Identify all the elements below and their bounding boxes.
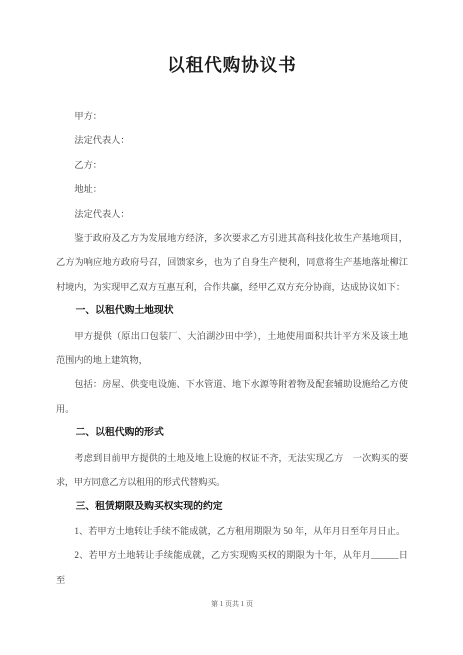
party-label-jiafang: 甲方： bbox=[56, 104, 408, 128]
document-title: 以租代购协议书 bbox=[56, 0, 408, 78]
section-2-heading: 二、以租代购的形式 bbox=[56, 421, 408, 445]
party-label-legal-rep-2: 法定代表人： bbox=[56, 202, 408, 226]
party-block: 甲方： 法定代表人： 乙方： 地址： 法定代表人： bbox=[56, 104, 408, 226]
section-3-heading: 三、租赁期限及购买权实现的约定 bbox=[56, 495, 408, 519]
party-label-yifang: 乙方： bbox=[56, 153, 408, 177]
section-1-heading: 一、以租代购土地现状 bbox=[56, 299, 408, 323]
page-number: 第 1 页共 1 页 bbox=[56, 592, 408, 616]
section-1-paragraph-2: 包括：房屋、供变电设施、下水管道、地下水源等附着物及配套辅助设施给乙方使用。 bbox=[56, 372, 408, 421]
document-page: 以租代购协议书 甲方： 法定代表人： 乙方： 地址： 法定代表人： 鉴于政府及乙… bbox=[0, 0, 463, 655]
section-3-clause-2: 2、若甲方土地转让手续能成就，乙方实现购买权的期限为十年，从年月______日至 bbox=[56, 543, 408, 592]
section-2-paragraph-1: 考虑到目前甲方提供的土地及地上设施的权证不齐，无法实现乙方 一次购买的要求，甲方… bbox=[56, 446, 408, 495]
party-label-legal-rep-1: 法定代表人： bbox=[56, 128, 408, 152]
section-1-paragraph-1: 甲方提供（原出口包装厂、大泊湖沙田中学），土地使用面积共计平方米及该土地范围内的… bbox=[56, 324, 408, 373]
section-3-clause-1: 1、若甲方土地转让手续不能成就，乙方租用期限为 50 年，从年月日至年月日止。 bbox=[56, 519, 408, 543]
party-label-address: 地址： bbox=[56, 177, 408, 201]
preamble-paragraph: 鉴于政府及乙方为发展地方经济，多次要求乙方引进其高科技化妆生产基地项目，乙方为响… bbox=[56, 226, 408, 299]
